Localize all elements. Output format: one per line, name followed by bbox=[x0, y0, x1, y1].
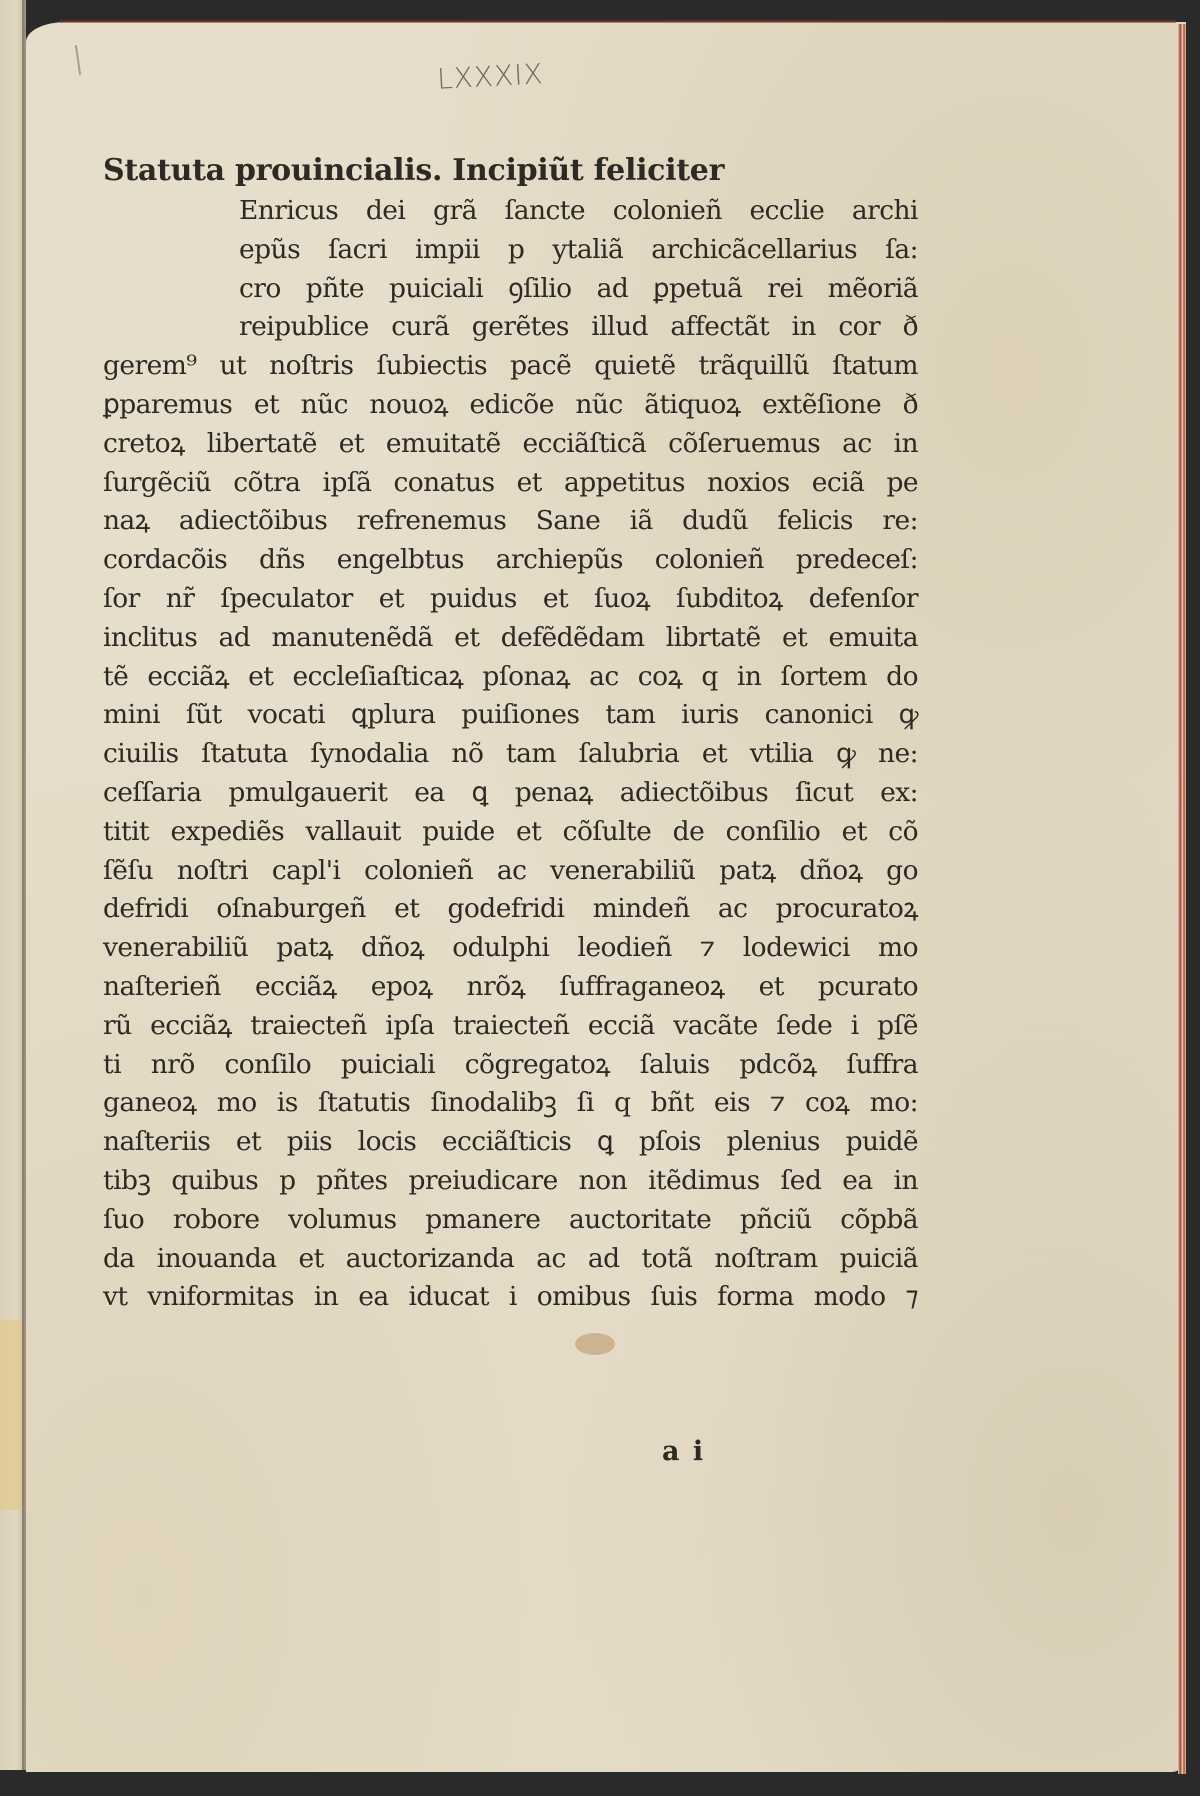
text-block: Statuta prouincialis. Incipiũt feliciter… bbox=[103, 150, 918, 1317]
folio-annotation: LXXXIX bbox=[436, 57, 544, 96]
text-line: naſterieñ ecciãꝝ epoꝝ nrõꝝ ſuffraganeoꝝ … bbox=[103, 968, 918, 1007]
text-line: ſẽſu noſtri capl'i colonieñ ac venerabil… bbox=[103, 852, 918, 891]
text-line: cretoꝝ libertatẽ et emuitatẽ ecciãſticã … bbox=[103, 425, 918, 464]
signature-mark: a i bbox=[662, 1436, 705, 1467]
heading-incipit: Incipiũt feliciter bbox=[452, 153, 724, 188]
text-line: naꝝ adiectõibus refrenemus Sane iã dudũ … bbox=[103, 502, 918, 541]
text-line: venerabiliũ patꝝ dñoꝝ odulphi leodieñ ⁊ … bbox=[103, 929, 918, 968]
text-line: vt vniformitas in ea iducat i omibus ſui… bbox=[103, 1278, 918, 1317]
text-line: ꝑparemus et nũc nouoꝝ edicõe nũc ãtiquoꝝ… bbox=[103, 386, 918, 425]
text-line: tẽ ecciãꝝ et eccleſiaſticaꝝ pſonaꝝ ac co… bbox=[103, 658, 918, 697]
page-top-edge bbox=[60, 20, 1176, 23]
text-line: ſuo robore volumus pmanere auctoritate p… bbox=[103, 1201, 918, 1240]
text-line: ceſſaria pmulgauerit ea ꝗ penaꝝ adiectõi… bbox=[103, 774, 918, 813]
paper-stain bbox=[575, 1333, 615, 1355]
text-line: ſurgẽciũ cõtra ipſã conatus et appetitus… bbox=[103, 464, 918, 503]
text-line: ſor nr̃ ſpeculator et puidus et ſuoꝝ ſub… bbox=[103, 580, 918, 619]
text-line: gerem⁹ ut noſtris ſubiectis pacẽ quietẽ … bbox=[103, 347, 918, 386]
heading-title: Statuta prouincialis. bbox=[103, 153, 442, 188]
text-line: naſteriis et piis locis ecciãſticis ꝗ pſ… bbox=[103, 1123, 918, 1162]
text-line: reipublice curã gerẽtes illud affectãt i… bbox=[239, 308, 918, 347]
text-line: titit expediẽs vallauit puide et cõſulte… bbox=[103, 813, 918, 852]
text-line: rũ ecciãꝝ traiecteñ ipſa traiecteñ ecciã… bbox=[103, 1007, 918, 1046]
text-line: ganeoꝝ mo is ſtatutis ſinodalibꝫ ſi q bñ… bbox=[103, 1084, 918, 1123]
text-line: mini ſũt vocati ꝗplura puiſiones tam iur… bbox=[103, 696, 918, 735]
text-line: defridi oſnaburgeñ et godefridi mindeñ a… bbox=[103, 890, 918, 929]
body-text: Enricus dei grã ſancte colonieñ ecclie a… bbox=[103, 192, 918, 1317]
text-line: epũs ſacri impii p ytaliã archicãcellari… bbox=[239, 231, 918, 270]
text-line: tibꝫ quibus p pñtes preiudicare non itẽd… bbox=[103, 1162, 918, 1201]
page-heading: Statuta prouincialis. Incipiũt feliciter bbox=[103, 150, 918, 192]
text-line: cordacõis dñs engelbtus archiepũs coloni… bbox=[103, 541, 918, 580]
text-line: Enricus dei grã ſancte colonieñ ecclie a… bbox=[239, 192, 918, 231]
text-line: ti nrõ conſilo puiciali cõgregatoꝝ ſalui… bbox=[103, 1046, 918, 1085]
text-line: ciuilis ſtatuta ſynodalia nõ tam ſalubri… bbox=[103, 735, 918, 774]
text-line: da inouanda et auctorizanda ac ad totã n… bbox=[103, 1240, 918, 1279]
page-fore-edge bbox=[1178, 24, 1186, 1774]
text-line: cro pñte puiciali ꝯſilio ad ꝑpetuã rei m… bbox=[239, 270, 918, 309]
text-line: inclitus ad manutenẽdã et defẽdẽdam libr… bbox=[103, 619, 918, 658]
